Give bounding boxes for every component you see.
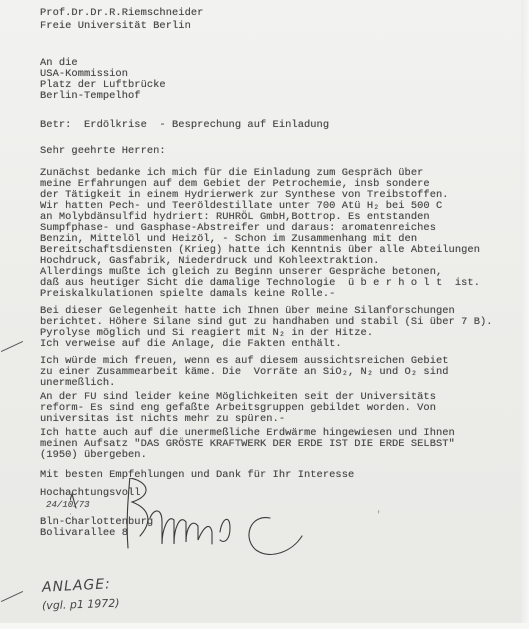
margin-pen-mark-bottom xyxy=(1,591,23,602)
paragraph-3: Ich würde mich freuen, wenn es auf diese… xyxy=(40,356,449,389)
text-line: Preiskalkulationen spielte damals keine … xyxy=(40,289,480,300)
margin-pen-mark xyxy=(1,341,23,352)
sender-institution: Freie Universität Berlin xyxy=(40,21,191,32)
handwritten-anlage-note: ANLAGE: xyxy=(42,576,112,596)
recipient-address: An die USA-Kommission Platz der Luftbrüc… xyxy=(40,58,166,102)
signature-date: 24/10/73 xyxy=(46,500,90,511)
salutation: Sehr geehrte Herren: xyxy=(40,146,166,157)
scan-edge xyxy=(521,0,529,629)
paragraph-5: Ich hatte auch auf die unermeßliche Erdw… xyxy=(40,428,455,461)
text-line: unermeßlich. xyxy=(40,378,449,389)
handwritten-anlage-reference: (vgl. p1 1972) xyxy=(42,597,120,613)
scan-edge-bottom xyxy=(0,623,529,629)
paragraph-1: Zunächst bedanke ich mich für die Einlad… xyxy=(40,168,480,300)
paragraph-2: Bei dieser Gelegenheit hatte ich Ihnen ü… xyxy=(40,306,493,350)
letter-page: Prof.Dr.Dr.R.Riemschneider Freie Univers… xyxy=(0,0,529,629)
handwritten-signature xyxy=(70,478,330,568)
subject-line: Betr: Erdölkrise - Besprechung auf Einla… xyxy=(40,120,329,131)
paragraph-4: An der FU sind leider keine Möglichkeite… xyxy=(40,392,436,425)
sender-name: Prof.Dr.Dr.R.Riemschneider xyxy=(40,8,203,19)
pencil-mark: ' xyxy=(376,510,381,520)
text-line: universitas ist nichts mehr zu spüren.- xyxy=(40,414,436,425)
recipient-line: Berlin-Tempelhof xyxy=(40,91,166,102)
text-line: Ich verweise auf die Anlage, die Fakten … xyxy=(40,339,493,350)
text-line: (1950) übergeben. xyxy=(40,450,455,461)
